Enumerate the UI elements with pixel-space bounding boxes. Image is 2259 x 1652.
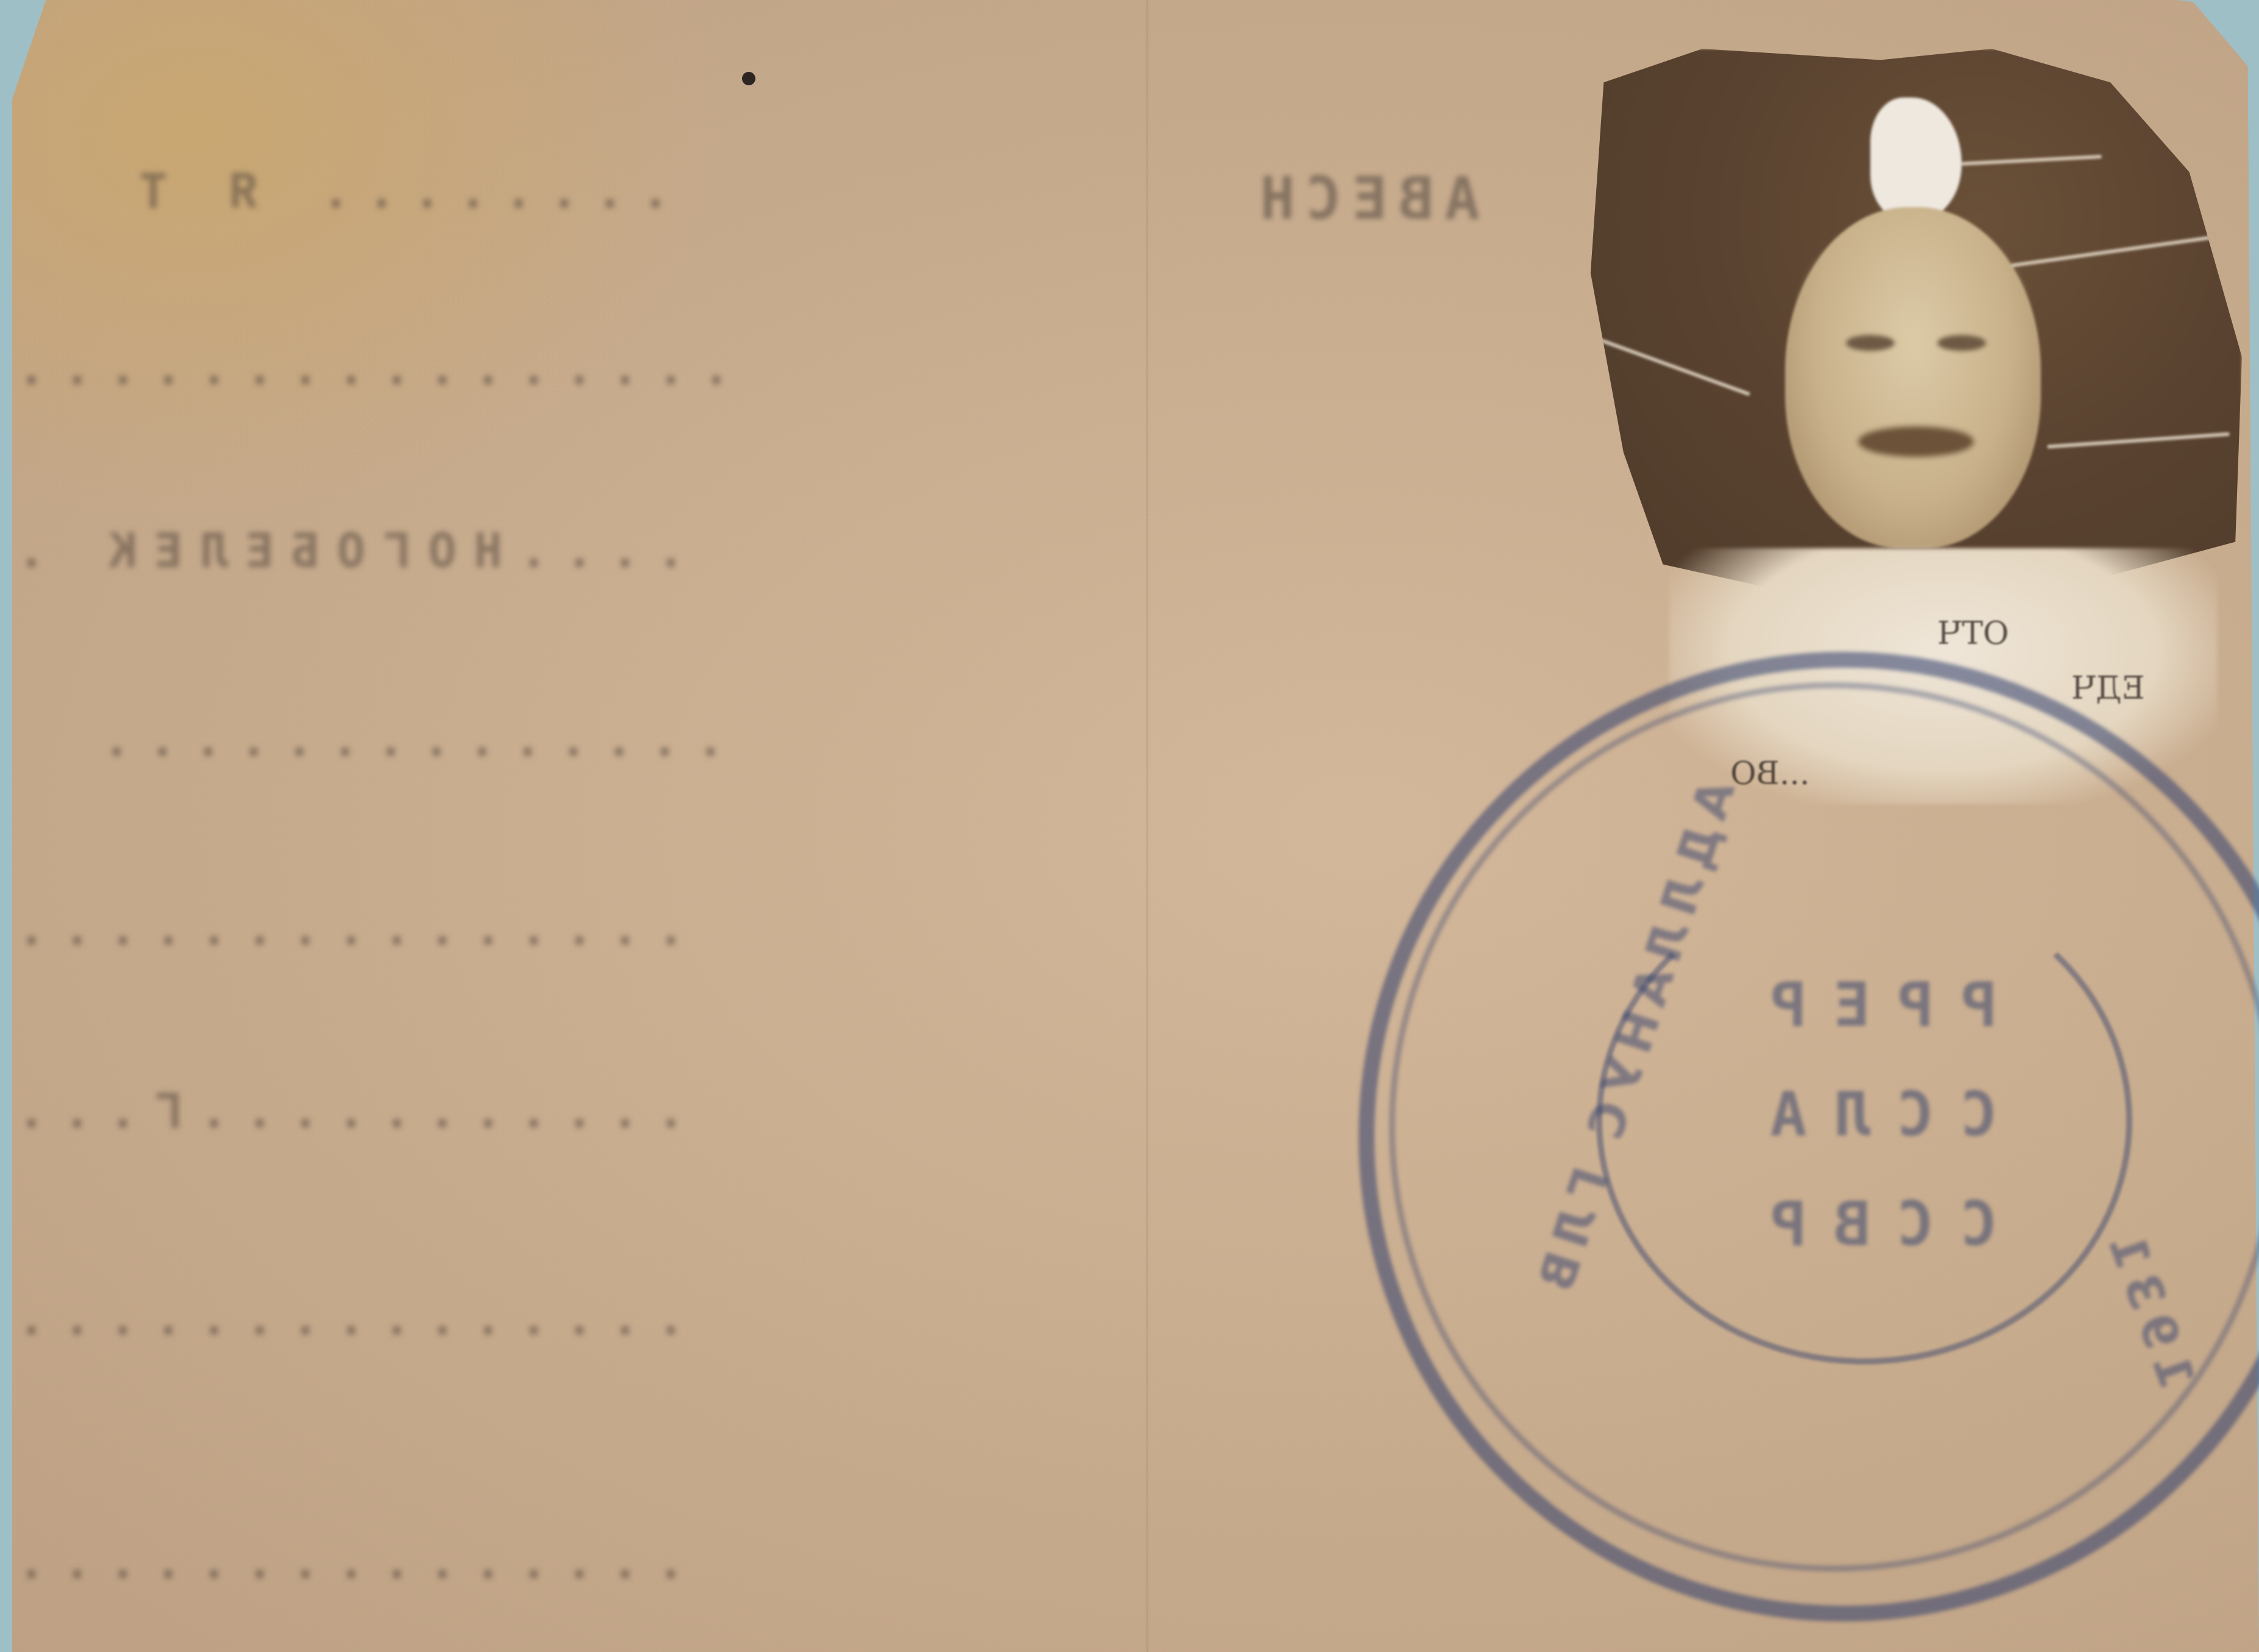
stamp-line: ССЛА [1657,1060,2084,1170]
ink-spot [742,72,755,85]
typed-line: ........ Я Т [122,164,670,219]
photo-tear [1870,97,1962,219]
paper-fold-line [1145,0,1149,1652]
typed-line: ....НОГОБЕЛЕК . [0,524,685,579]
typed-line: ...........Г... [0,1084,685,1139]
typed-line: ............... [0,1291,685,1346]
portrait-moustache [1858,426,1974,457]
portrait-face [1785,207,2041,548]
portrait-eye [1937,335,1986,351]
typed-line: ............... [0,902,685,956]
typed-line: .............. [85,713,724,768]
stamp-center-text: РРЕР ССЛА ССВР [1657,950,2084,1279]
photo-crack [1600,339,1750,397]
stamp-line: ССВР [1657,1170,2084,1279]
portrait-eye [1846,335,1895,351]
photo-caption: ЕДЧ [2071,670,2144,707]
stamp-line: РРЕР [1657,950,2084,1060]
document-heading: ABECH [1249,164,1480,233]
portrait-photo [1584,49,2242,609]
typed-line: ............... [0,1535,685,1590]
photo-crack [1962,155,2102,166]
photo-crack [2047,432,2230,449]
photo-crack [2011,236,2211,267]
photo-caption: ОТЧ [1937,615,2009,652]
typed-line: ................ [0,341,730,396]
